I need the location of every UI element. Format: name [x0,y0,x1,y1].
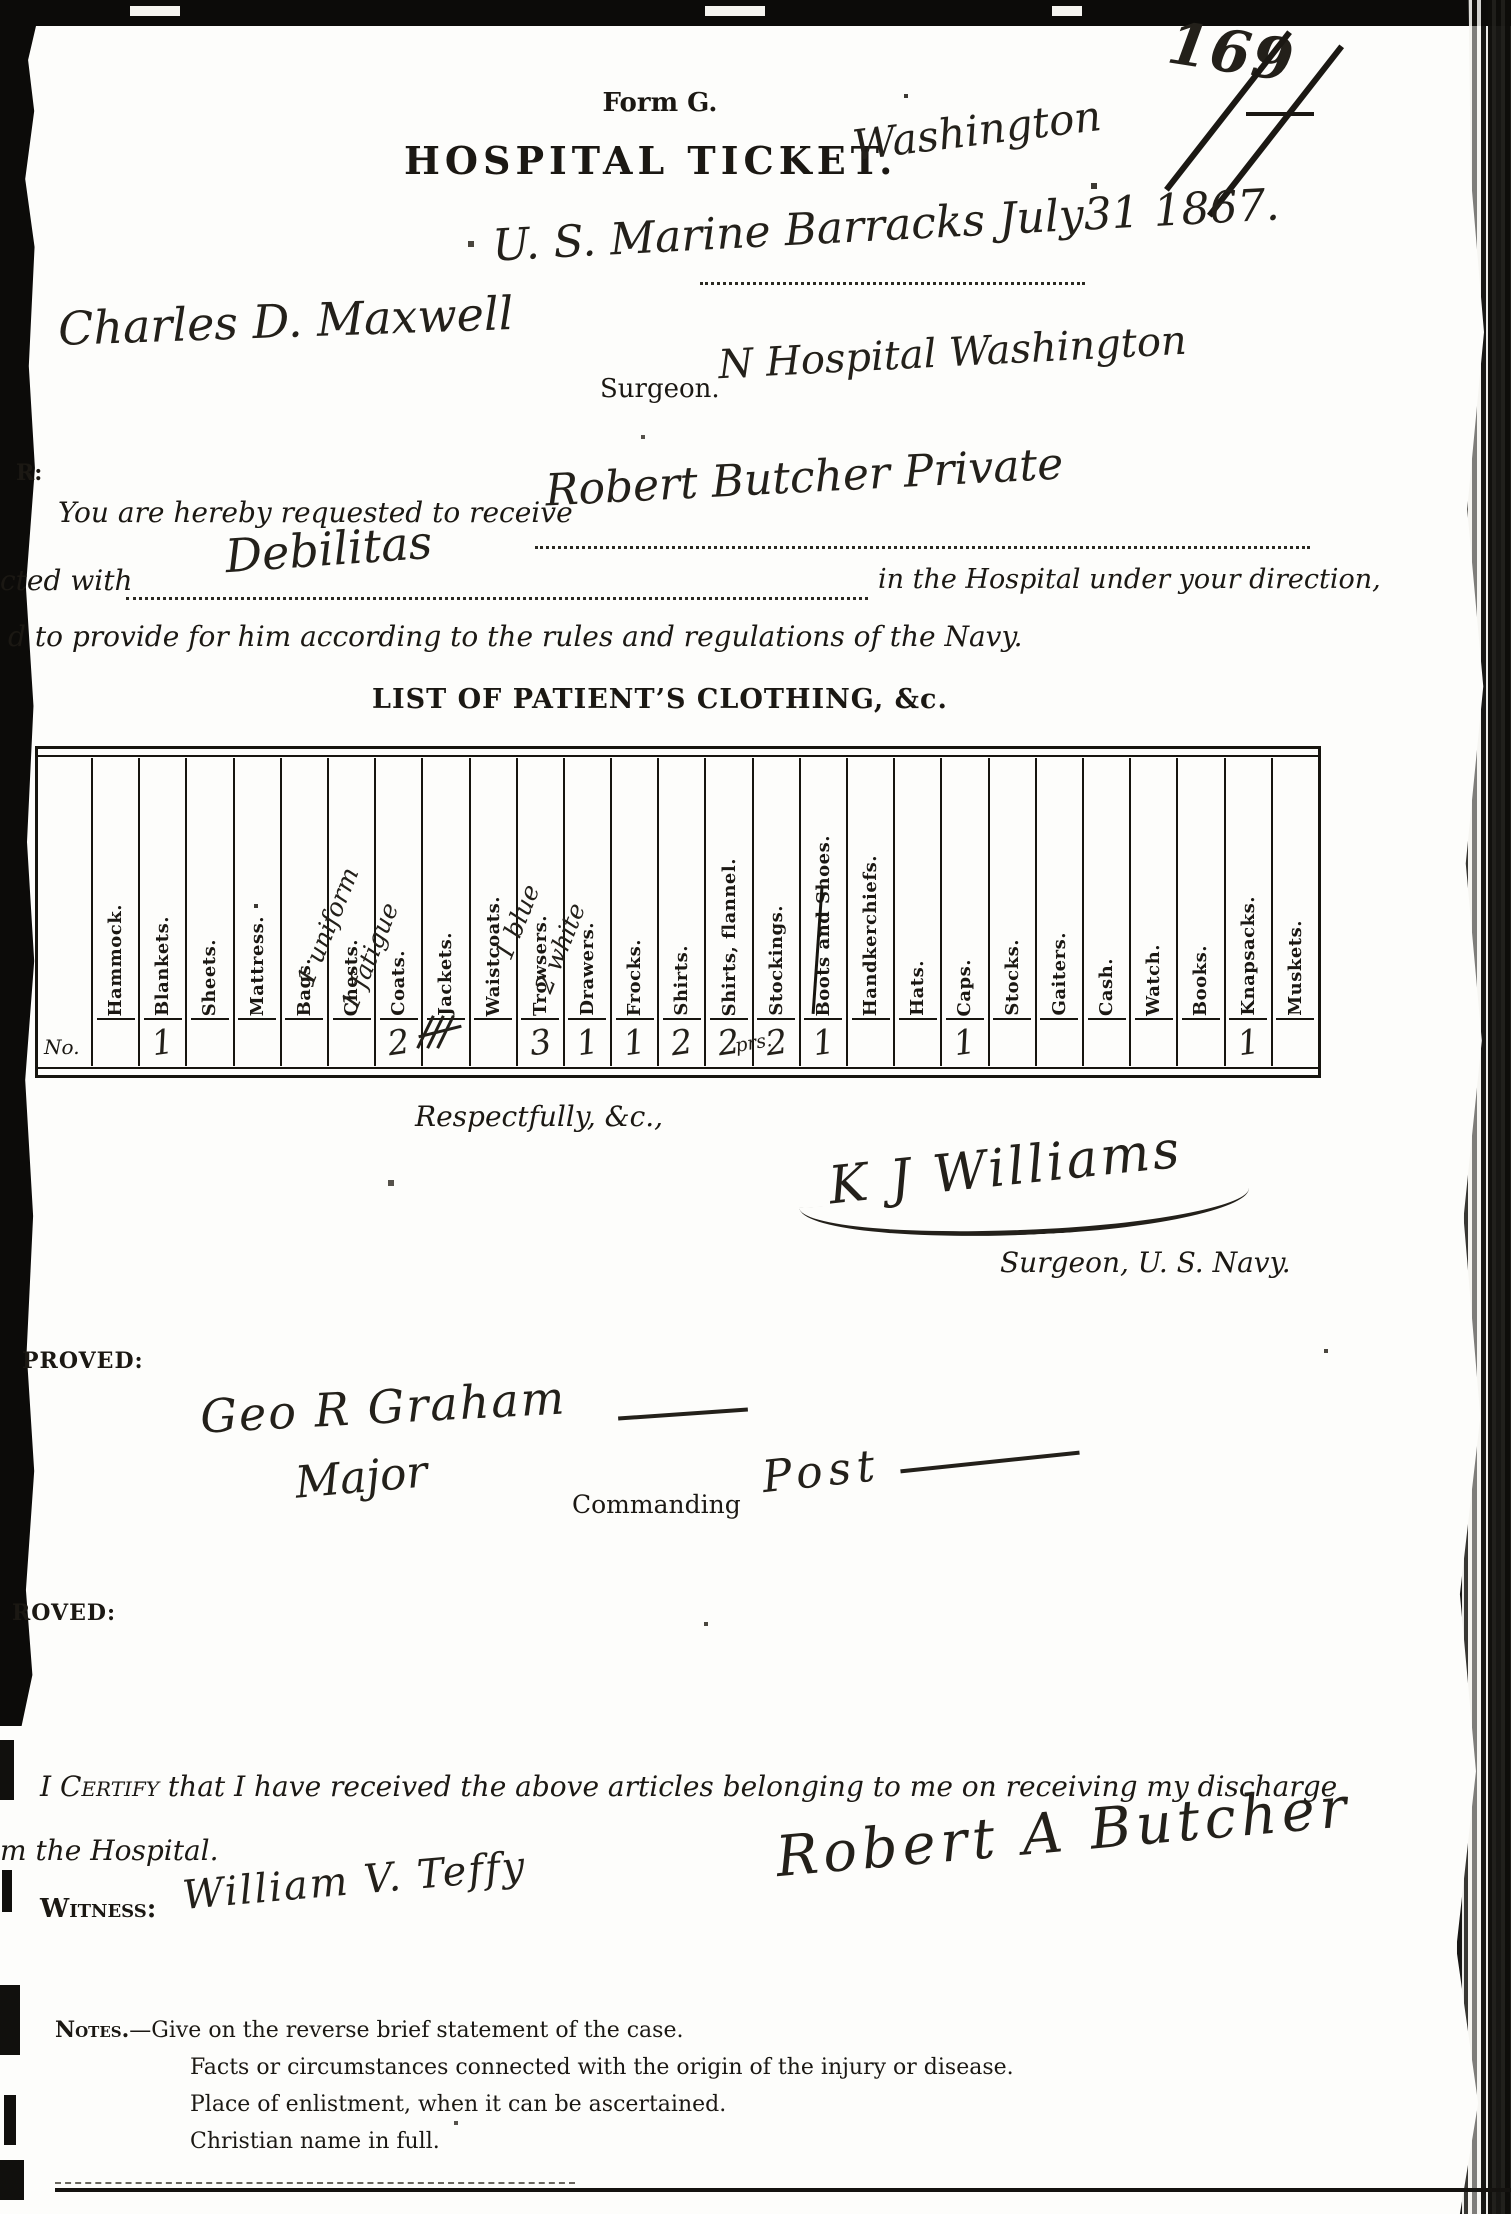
respectfully-text: Respectfully, &c., [415,1100,663,1133]
certify-word: Certify [60,1770,159,1803]
column-quantity-value: 2 [656,1017,707,1069]
addressee-title-label: Surgeon. [600,374,720,404]
scan-top-gap [1052,6,1082,16]
column-header-label: Frocks. [624,937,645,1016]
column-header-label: Stockings. [766,903,787,1016]
column-quantity-value [987,1017,1038,1069]
notes-line-3: Place of enlistment, when it can be asce… [190,2086,1355,2123]
certify-lead: I [40,1770,60,1803]
table-column: Shirts. 2 [657,758,704,1066]
table-column: Stockings. 2 [752,758,799,1066]
notes-line-2: Facts or circumstances connected with th… [190,2049,1355,2086]
column-quantity-value [1081,1017,1132,1069]
column-quantity-value [1128,1017,1179,1069]
handwritten-addressee: Charles D. Maxwell [57,286,514,356]
table-column: Caps. 1 [940,758,987,1066]
column-header-label: Shirts. [671,943,692,1016]
hospital-fragment: m the Hospital. [0,1834,219,1867]
notes-line-4: Christian name in full. [190,2123,1355,2160]
affliction-suffix-text: in the Hospital under your direction, [878,564,1381,595]
column-header-label: Shirts, flannel. [719,856,740,1016]
column-header-label: Hammock. [105,902,126,1016]
scan-bottom-dash [55,2182,575,2184]
pen-stroke-mark [1246,112,1314,116]
affliction-prefix-fragment: cted with [0,564,133,597]
scan-left-blob [0,1740,14,1800]
table-row-label: No. [44,1035,80,1059]
scan-left-blob [0,2160,24,2200]
column-quantity-value [279,1017,330,1069]
column-quantity-value [845,1017,896,1069]
table-column: Hammock. [91,758,138,1066]
dotted-rule-dateline [700,282,1085,285]
commanding-label: Commanding [572,1490,741,1519]
table-column: Knapsacks. 1 [1224,758,1271,1066]
column-quantity-value [184,1017,235,1069]
column-quantity-value: 1 [1223,1017,1274,1069]
scan-top-edge [0,0,1511,26]
handwritten-patient-name: Robert Butcher Private [544,438,1064,516]
scan-left-blob [0,1985,20,2055]
table-column: Sheets. [185,758,232,1066]
clothing-table: No. Hammock. Blankets. 1 Sheets. Mattres… [35,746,1321,1078]
column-header-label: Sheets. [199,937,220,1016]
column-header-label: Books. [1190,943,1211,1016]
column-header-label: Cash. [1096,956,1117,1016]
column-header-label: Gaiters. [1049,930,1070,1016]
column-quantity-value: 1 [609,1017,660,1069]
handwritten-location: Washington [850,91,1104,170]
table-column: Mattress. [233,758,280,1066]
column-quantity-value [1175,1017,1226,1069]
column-quantity-value: 1 [798,1017,849,1069]
table-column: Frocks. 1 [610,758,657,1066]
table-column: Muskets. [1271,758,1318,1066]
commanding-post-handwritten: Post [760,1440,883,1503]
scanned-hospital-ticket: Form G. HOSPITAL TICKET. Washington 169 … [0,0,1511,2214]
column-header-label: Handkerchiefs. [860,853,881,1016]
column-quantity-value: 1 [562,1017,613,1069]
dotted-rule-patient [535,546,1310,549]
commander-signature: Geo R Graham [199,1370,568,1443]
witness-signature: William V. Teffy [181,1843,529,1919]
table-column: Shirts, flannel. 2 [704,758,751,1066]
table-columns: Hammock. Blankets. 1 Sheets. Mattress. B… [91,758,1318,1066]
page-title: HOSPITAL TICKET. [404,138,897,183]
approved-label-2: ROVED: [12,1600,116,1626]
surgeon-title-text: Surgeon, U. S. Navy. [1000,1246,1291,1279]
column-quantity-value: 1 [137,1017,188,1069]
column-quantity-value: 3 [515,1017,566,1069]
table-column: Books. [1176,758,1223,1066]
notes-block: Notes.—Give on the reverse brief stateme… [55,2012,1355,2160]
signature-trailing-stroke [618,1407,748,1420]
scan-left-edge [0,26,36,1726]
table-column: Watch. [1129,758,1176,1066]
notes-label: Notes. [55,2017,129,2043]
column-header-label: Knapsacks. [1238,894,1259,1016]
table-column: Cash. [1082,758,1129,1066]
dotted-rule-diagnosis [126,597,868,600]
column-header-label: Muskets. [1285,918,1306,1016]
table-column: Hats. [893,758,940,1066]
handwritten-addressee-location: N Hospital Washington [717,318,1188,388]
table-inner-rule-bottom [38,1067,1318,1069]
column-quantity-value: 1 [939,1017,990,1069]
jackets-scribble-mark [420,1012,462,1054]
signature-trailing-stroke [900,1451,1079,1474]
commander-rank-handwritten: Major [293,1446,429,1508]
table-column: Boots and Shoes. 1 [799,758,846,1066]
column-quantity-value [892,1017,943,1069]
salutation-fragment: R: [16,460,42,486]
scan-bottom-rule [55,2188,1511,2192]
provide-line-fragment: d to provide for him according to the ru… [8,620,1023,653]
table-column: Stocks. [988,758,1035,1066]
column-quantity-value [326,1017,377,1069]
column-quantity-value [1034,1017,1085,1069]
column-header-label: Mattress. [247,914,268,1016]
scan-top-gap [705,6,765,16]
table-column: Blankets. 1 [138,758,185,1066]
table-column: Gaiters. [1035,758,1082,1066]
column-quantity-value: 2 [373,1017,424,1069]
scan-left-blob [4,2095,16,2145]
scan-specks [0,0,2,2]
column-quantity-value [232,1017,283,1069]
column-quantity-value [1270,1017,1321,1069]
notes-line-1: Notes.—Give on the reverse brief stateme… [55,2012,1355,2049]
column-header-label: Stocks. [1002,937,1023,1016]
table-inner-rule-top [38,755,1318,757]
scan-top-gap [130,6,180,16]
column-header-label: Jackets. [435,930,456,1016]
witness-label: Witness: [40,1894,156,1924]
column-header-label: Watch. [1143,942,1164,1016]
scan-left-blob [2,1870,12,1912]
column-header-label: Blankets. [152,914,173,1016]
form-label: Form G. [560,88,760,118]
column-header-label: Hats. [907,958,928,1016]
handwritten-dateline: U. S. Marine Barracks July31 1867. [491,179,1280,271]
column-header-label: Caps. [954,957,975,1016]
column-quantity-value [90,1017,141,1069]
table-column: Handkerchiefs. [846,758,893,1066]
scan-right-edge-core [1488,0,1511,2214]
clothing-list-title: LIST OF PATIENT’S CLOTHING, &c. [372,684,948,715]
approved-label-1: PROVED: [22,1348,144,1374]
notes-line-1-text: —Give on the reverse brief statement of … [129,2018,683,2043]
column-quantity-value [468,1017,519,1069]
column-header-label: Coats. [388,948,409,1016]
